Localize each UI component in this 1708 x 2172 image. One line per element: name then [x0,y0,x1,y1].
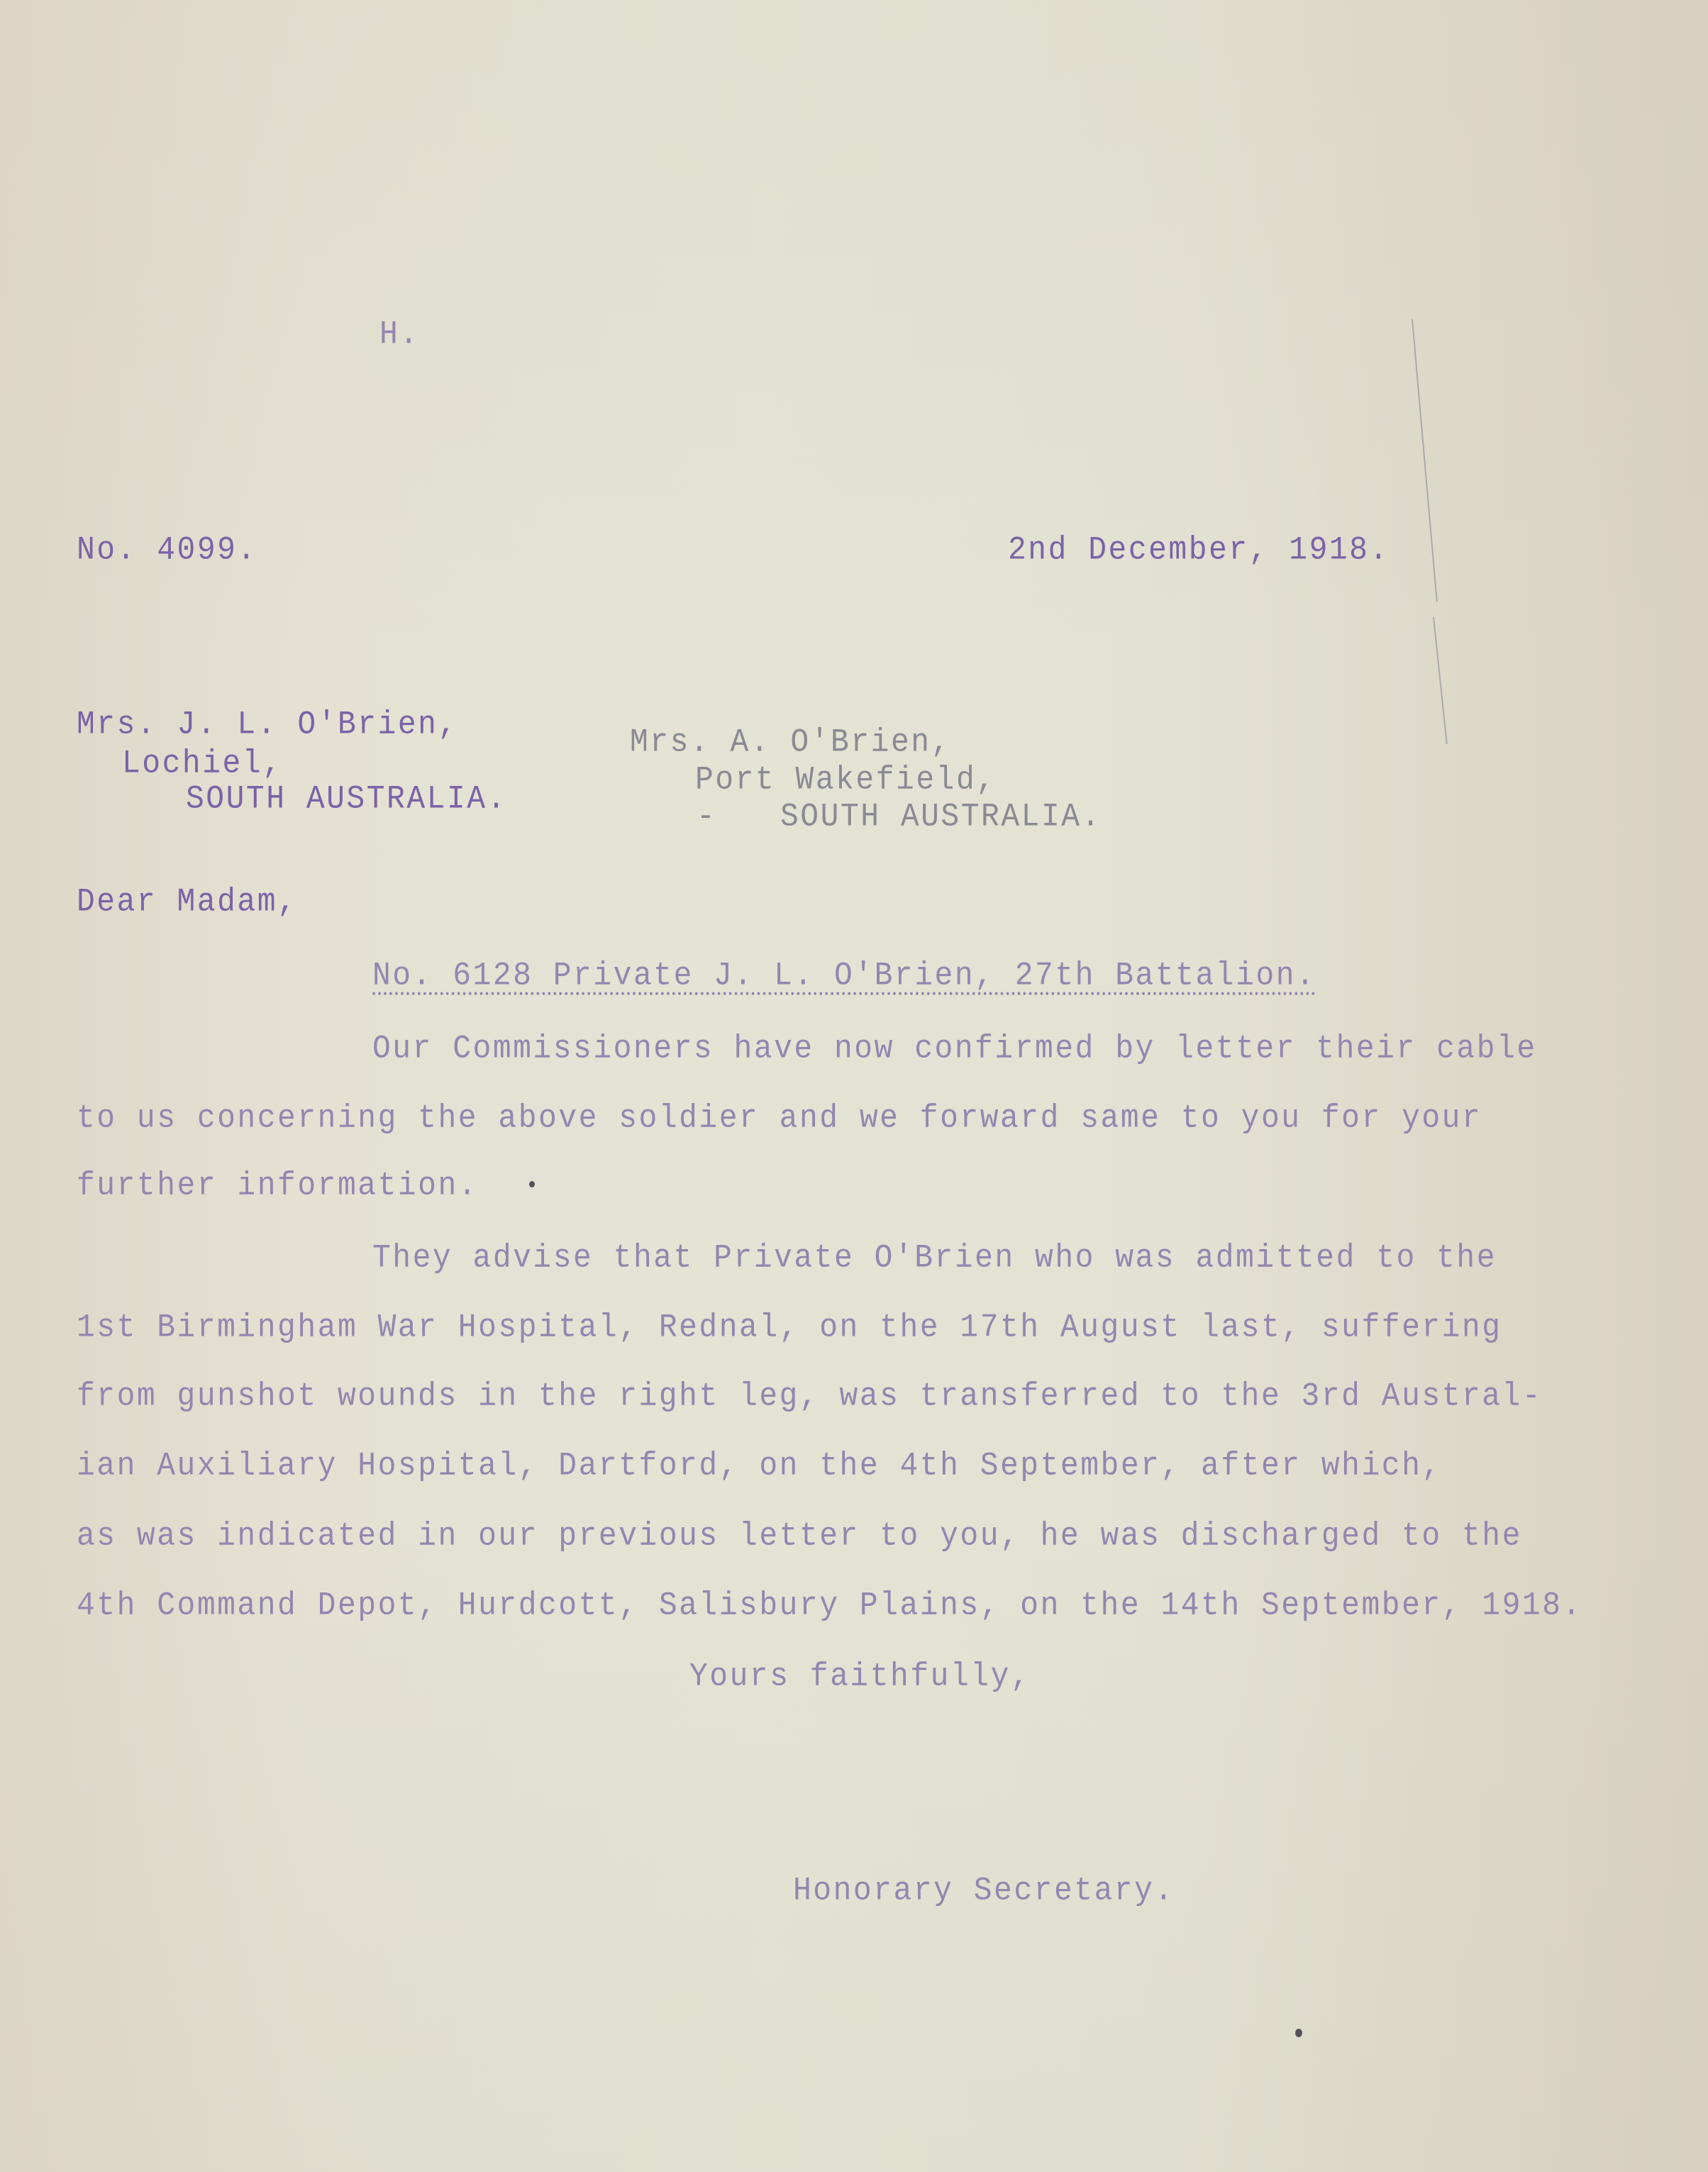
paragraph-1-line: further information. [77,1169,478,1202]
closing: Yours faithfully, [689,1660,1031,1692]
paragraph-2-line: 4th Command Depot, Hurdcott, Salisbury P… [77,1589,1582,1622]
paragraph-2-line: as was indicated in our previous letter … [77,1519,1522,1552]
addressee-primary-name: Mrs. J. L. O'Brien, [77,708,458,741]
addressee-primary-town: Lochiel, [122,747,282,780]
salutation: Dear Madam, [77,885,297,918]
file-mark: H. [379,318,420,350]
ink-speck [1295,2029,1302,2037]
paragraph-2-line: from gunshot wounds in the right leg, wa… [77,1380,1542,1412]
addressee-secondary-dash: - [697,800,716,833]
letter-date: 2nd December, 1918. [1008,533,1390,566]
paragraph-1-line: Our Commissioners have now confirmed by … [372,1032,1537,1065]
signatory-title: Honorary Secretary. [793,1874,1175,1907]
paragraph-2-line: They advise that Private O'Brien who was… [372,1241,1497,1274]
subject-line: No. 6128 Private J. L. O'Brien, 27th Bat… [372,959,1316,992]
addressee-secondary-name: Mrs. A. O'Brien, [630,726,951,758]
paragraph-2-line: ian Auxiliary Hospital, Dartford, on the… [77,1449,1442,1482]
addressee-primary-state: SOUTH AUSTRALIA. [186,782,507,815]
reference-number: No. 4099. [77,533,257,566]
addressee-secondary-state: SOUTH AUSTRALIA. [780,800,1102,833]
addressee-secondary-town: Port Wakefield, [695,763,997,796]
ink-speck [529,1181,535,1187]
paragraph-2-line: 1st Birmingham War Hospital, Rednal, on … [77,1311,1502,1343]
paper-crease [1433,617,1448,744]
paragraph-1-line: to us concerning the above soldier and w… [77,1102,1482,1134]
paper-crease [1412,319,1438,602]
